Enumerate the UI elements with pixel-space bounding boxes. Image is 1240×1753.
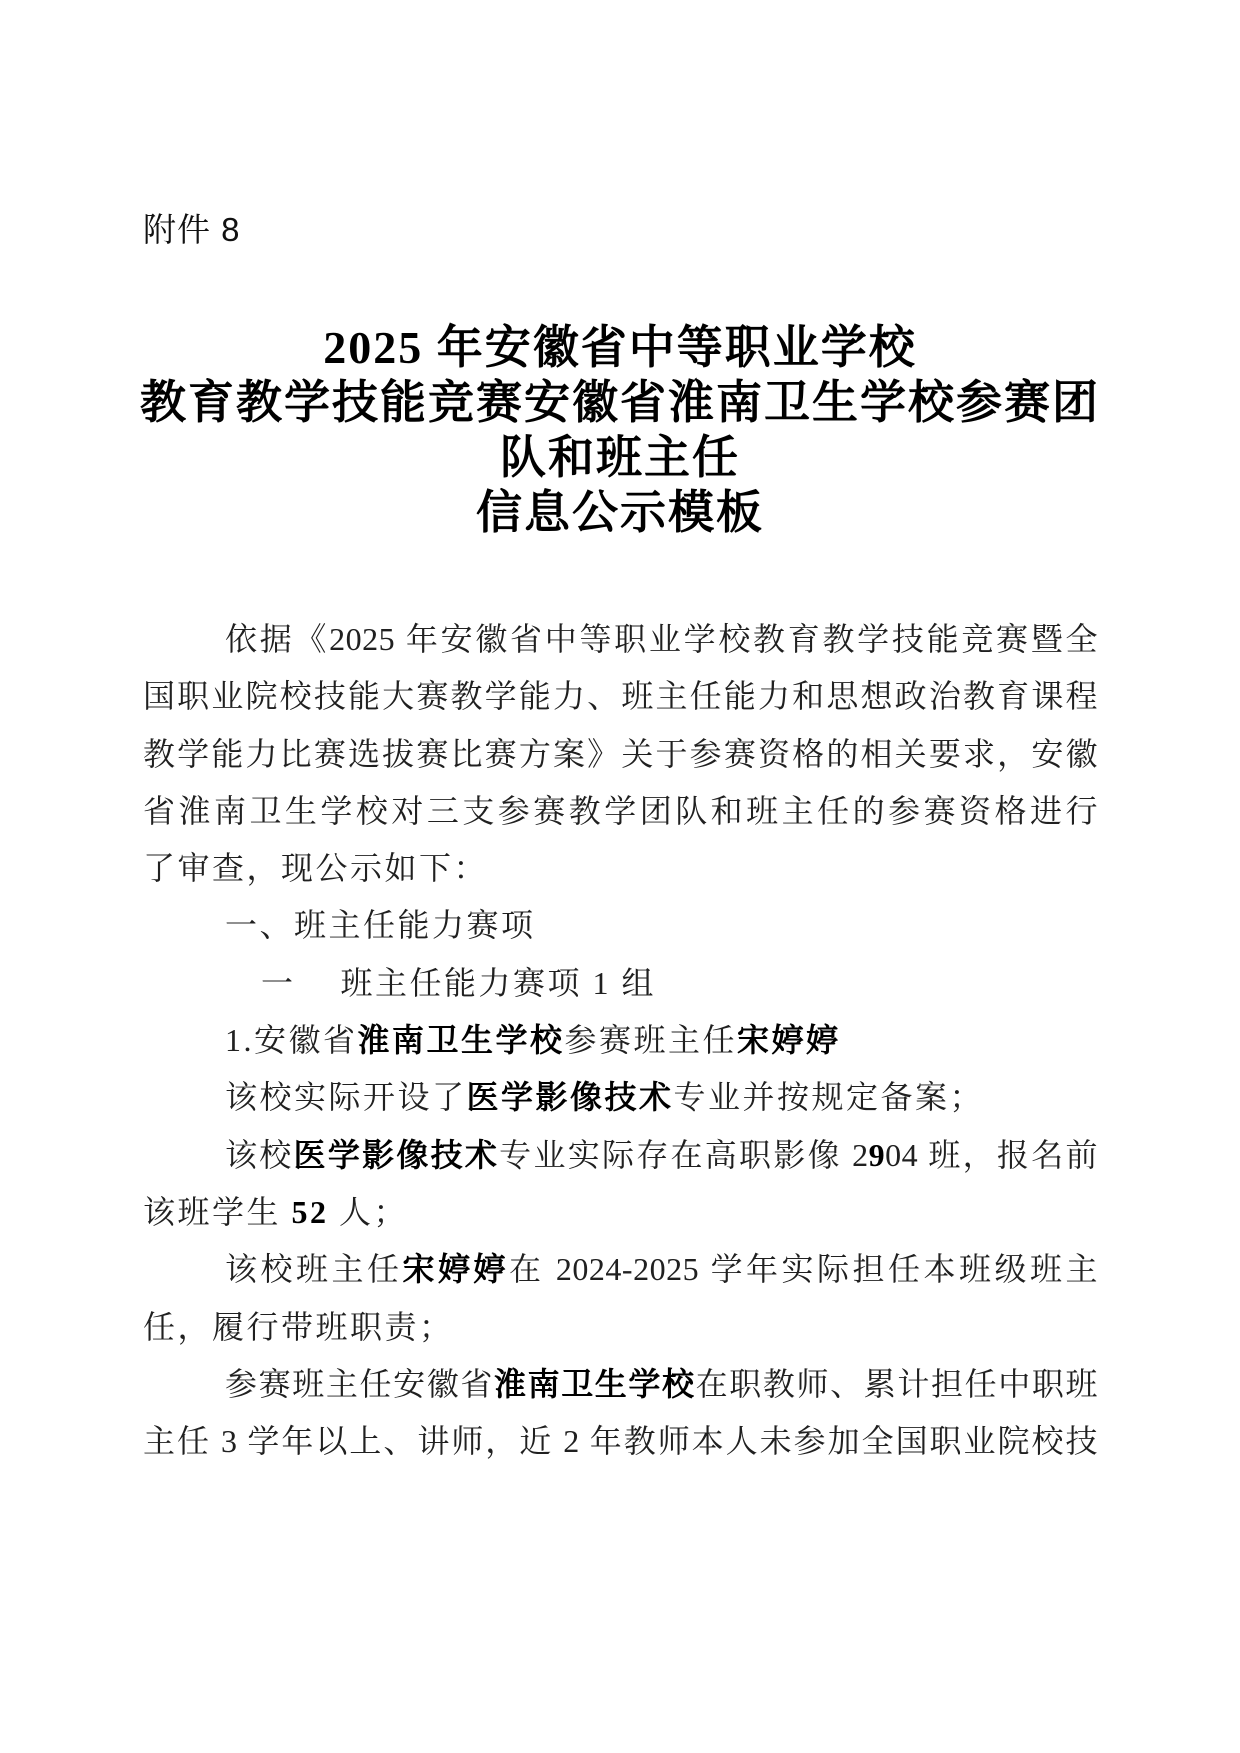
body-text: 04 班，报名前 — [885, 1137, 1098, 1173]
body-text: 人； — [329, 1194, 409, 1230]
body-line: 依据《2025 年安徽省中等职业学校教育教学技能竞赛暨全 — [143, 611, 1098, 668]
body-text: 教学能力比赛选拔赛比赛方案》关于参赛资格的相关要求，安徽 — [143, 736, 1098, 772]
body-line: 了审查，现公示如下： — [143, 840, 1098, 897]
filled-field: 52 — [292, 1194, 329, 1230]
body-line: 任，履行带班职责； — [143, 1299, 1098, 1356]
body-line: 该校班主任宋婷婷在 2024-2025 学年实际担任本班级班主 — [143, 1241, 1098, 1298]
body-line: 1.安徽省淮南卫生学校参赛班主任宋婷婷 — [143, 1012, 1098, 1069]
body-line: 参赛班主任安徽省淮南卫生学校在职教师、累计担任中职班 — [143, 1356, 1098, 1413]
body-text: 了审查，现公示如下： — [143, 850, 488, 886]
body-line: 该班学生 52 人； — [143, 1184, 1098, 1241]
filled-field: 医学影像技术 — [467, 1079, 674, 1115]
attachment-label: 附件 8 — [143, 210, 241, 250]
body-text: 在职教师、累计担任中职班 — [696, 1366, 1098, 1402]
body-text: 主任 3 学年以上、讲师，近 2 年教师本人未参加全国职业院校技 — [143, 1423, 1098, 1459]
body-text: 一、班主任能力赛项 — [225, 907, 536, 943]
document-title: 2025 年安徽省中等职业学校教育教学技能竞赛安徽省淮南卫生学校参赛团队和班主任… — [70, 320, 1170, 540]
body-line: 主任 3 学年以上、讲师，近 2 年教师本人未参加全国职业院校技 — [143, 1413, 1098, 1470]
body-line: 该校实际开设了医学影像技术专业并按规定备案； — [143, 1069, 1098, 1126]
body-line: 一 班主任能力赛项 1 组 — [143, 955, 1098, 1012]
document-page: 附件 8 2025 年安徽省中等职业学校教育教学技能竞赛安徽省淮南卫生学校参赛团… — [0, 0, 1240, 1753]
body-text: 在 2024-2025 学年实际担任本班级班主 — [509, 1251, 1098, 1287]
body-text: 一 班主任能力赛项 1 组 — [261, 965, 656, 1001]
body-text: 国职业院校技能大赛教学能力、班主任能力和思想政治教育课程 — [143, 678, 1098, 714]
bold-digit: 9 — [869, 1137, 886, 1173]
body-text: 该校班主任 — [225, 1251, 402, 1287]
body-text: 该校实际开设了 — [225, 1079, 467, 1115]
body-text: 依据《2025 年安徽省中等职业学校教育教学技能竞赛暨全 — [225, 621, 1098, 657]
filled-field: 宋婷婷 — [402, 1251, 508, 1287]
filled-field: 宋婷婷 — [737, 1022, 841, 1058]
body-text: 参赛班主任安徽省 — [225, 1366, 494, 1402]
document-body: 依据《2025 年安徽省中等职业学校教育教学技能竞赛暨全国职业院校技能大赛教学能… — [143, 611, 1098, 1470]
title-line: 2025 年安徽省中等职业学校 — [70, 320, 1170, 375]
body-line: 省淮南卫生学校对三支参赛教学团队和班主任的参赛资格进行 — [143, 783, 1098, 840]
body-text: 1.安徽省 — [225, 1022, 358, 1058]
body-line: 教学能力比赛选拔赛比赛方案》关于参赛资格的相关要求，安徽 — [143, 726, 1098, 783]
title-line: 教育教学技能竞赛安徽省淮南卫生学校参赛团 — [70, 375, 1170, 430]
filled-field: 医学影像技术 — [294, 1137, 500, 1173]
body-text: 专业并按规定备案； — [674, 1079, 985, 1115]
body-text: 参赛班主任 — [565, 1022, 738, 1058]
body-line: 该校医学影像技术专业实际存在高职影像 2904 班，报名前 — [143, 1127, 1098, 1184]
title-line: 队和班主任 — [70, 430, 1170, 485]
body-line: 国职业院校技能大赛教学能力、班主任能力和思想政治教育课程 — [143, 668, 1098, 725]
body-text: 专业实际存在高职影像 2 — [499, 1137, 868, 1173]
filled-field: 淮南卫生学校 — [494, 1366, 696, 1402]
body-text: 任，履行带班职责； — [143, 1309, 454, 1345]
body-text: 该班学生 — [143, 1194, 292, 1230]
filled-field: 淮南卫生学校 — [358, 1022, 565, 1058]
body-text: 该校 — [225, 1137, 294, 1173]
body-line: 一、班主任能力赛项 — [143, 897, 1098, 954]
body-text: 省淮南卫生学校对三支参赛教学团队和班主任的参赛资格进行 — [143, 793, 1098, 829]
title-line: 信息公示模板 — [70, 485, 1170, 540]
